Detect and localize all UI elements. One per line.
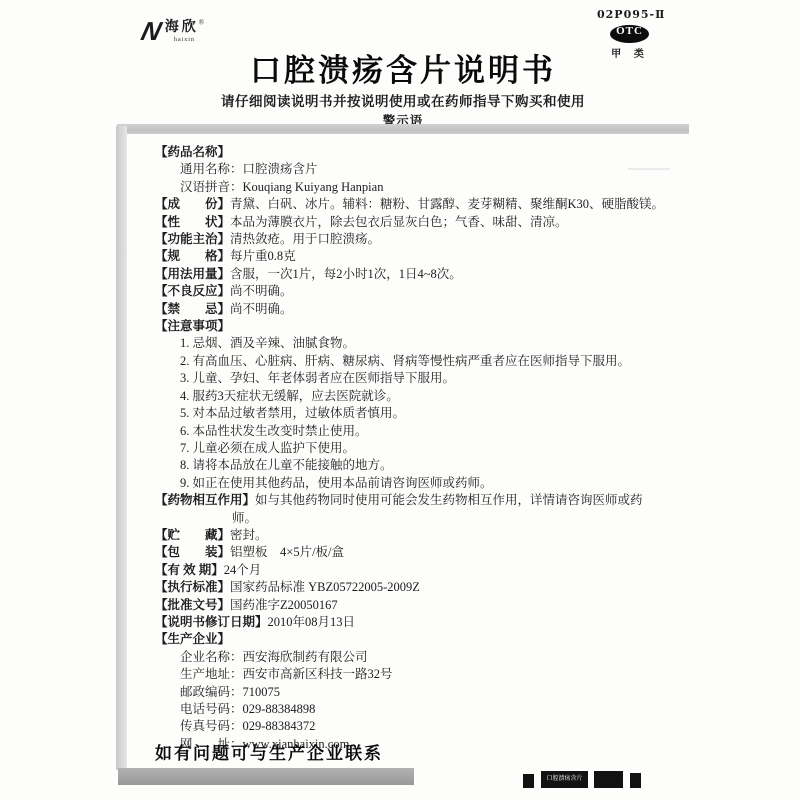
leaflet-entry: 【说明书修订日期】2010年08月13日 (155, 614, 667, 631)
leaflet-entry: 【注意事项】 (155, 318, 667, 335)
brand-latin-name: haixin (174, 37, 195, 43)
leaflet-entry: 9. 如正在使用其他药品，使用本品前请咨询医师或药师。 (155, 475, 667, 492)
leaflet-entry: 7. 儿童必须在成人监护下使用。 (155, 440, 667, 457)
leaflet-page: 02P095-Ⅱ N 海欣® haixin OTC 甲 类 口腔溃疡含片说明书 … (0, 0, 800, 800)
leaflet-entry: 电话号码：029-88384898 (155, 701, 667, 718)
leaflet-entry: 【成 份】青黛、白矾、冰片。辅料：糖粉、甘露醇、麦芽糊精、聚维酮K30、硬脂酸镁… (155, 196, 667, 213)
brand-wordmark: 海欣® haixin (165, 19, 204, 43)
leaflet-entry: 【用法用量】含服，一次1片，每2小时1次，1日4~8次。 (155, 266, 667, 283)
leaflet-entry: 【批准文号】国药准字Z20050167 (155, 597, 667, 614)
entry-label: 【批准文号】 (155, 598, 230, 612)
leaflet-entry: 通用名称：口腔溃疡含片 (155, 161, 667, 178)
entry-label: 【功能主治】 (155, 232, 230, 246)
entry-label: 【不良反应】 (155, 284, 230, 298)
entry-label: 【规 格】 (155, 249, 230, 263)
scan-band-bottom (118, 768, 414, 785)
leaflet-entry: 【禁 忌】尚不明确。 (155, 301, 667, 318)
leaflet-entry: 8. 请将本品放在儿童不能接触的地方。 (155, 457, 667, 474)
leaflet-entry: 企业名称：西安海欣制药有限公司 (155, 649, 667, 666)
registration-mark-product-label: 口腔溃疡含片 (541, 771, 588, 788)
leaflet-entry: 【贮 藏】密封。 (155, 527, 667, 544)
otc-badge: OTC (610, 25, 649, 43)
leaflet-entry: 【有 效 期】24个月 (155, 562, 667, 579)
leaflet-body: 【药品名称】通用名称：口腔溃疡含片汉语拼音：Kouqiang Kuiyang H… (155, 144, 667, 753)
leaflet-entry: 6. 本品性状发生改变时禁止使用。 (155, 423, 667, 440)
leaflet-entry: 5. 对本品过敏者禁用，过敏体质者慎用。 (155, 405, 667, 422)
scan-divider-band (117, 124, 689, 134)
contact-notice: 如有问题可与生产企业联系 (155, 739, 383, 764)
leaflet-entry: 【药品名称】 (155, 144, 667, 161)
registration-mark-square-2 (630, 773, 641, 788)
entry-label: 【说明书修订日期】 (155, 615, 268, 629)
leaflet-entry: 【性 状】本品为薄膜衣片，除去包衣后显灰白色；气香、味甜、清凉。 (155, 214, 667, 231)
entry-label: 【注意事项】 (155, 319, 230, 333)
entry-label: 【生产企业】 (155, 632, 230, 646)
leaflet-entry: 【药物相互作用】如与其他药物同时使用可能会发生药物相互作用，详情请咨询医师或药师… (155, 492, 667, 527)
print-code: 02P095-Ⅱ (597, 8, 665, 21)
leaflet-entry: 2. 有高血压、心脏病、肝病、糖尿病、肾病等慢性病严重者应在医师指导下服用。 (155, 353, 667, 370)
leaflet-entry: 4. 服药3天症状无缓解，应去医院就诊。 (155, 388, 667, 405)
leaflet-entry: 【功能主治】清热敛疮。用于口腔溃疡。 (155, 231, 667, 248)
read-instructions-notice: 请仔细阅读说明书并按说明使用或在药师指导下购买和使用 (0, 90, 800, 110)
entry-label: 【有 效 期】 (155, 563, 224, 577)
leaflet-entry: 【执行标准】国家药品标准 YBZ05722005-2009Z (155, 579, 667, 596)
brand-logo-icon: N (139, 19, 164, 43)
entry-label: 【禁 忌】 (155, 302, 230, 316)
entry-label: 【包 装】 (155, 545, 230, 559)
entry-label: 【贮 藏】 (155, 528, 230, 542)
entry-label: 【性 状】 (155, 215, 230, 229)
brand-logo: N 海欣® haixin (142, 19, 204, 43)
brand-name-line: 海欣® (165, 19, 204, 35)
leaflet-entry: 生产地址：西安市高新区科技一路32号 (155, 666, 667, 683)
entry-label: 【药品名称】 (155, 145, 230, 159)
leaflet-entry: 【包 装】铝塑板 4×5片/板/盒 (155, 544, 667, 561)
brand-name: 海欣 (165, 18, 199, 34)
entry-label: 【药物相互作用】 (155, 493, 255, 507)
registered-mark-icon: ® (199, 19, 204, 27)
registration-mark-bar (594, 771, 623, 788)
leaflet-entry: 邮政编码：710075 (155, 684, 667, 701)
scan-shadow-left (116, 126, 127, 770)
registration-mark-square-1 (523, 774, 534, 788)
leaflet-entry: 【生产企业】 (155, 631, 667, 648)
entry-label: 【用法用量】 (155, 267, 230, 281)
leaflet-entry: 3. 儿童、孕妇、年老体弱者应在医师指导下服用。 (155, 370, 667, 387)
entry-label: 【成 份】 (155, 197, 230, 211)
entry-label: 【执行标准】 (155, 580, 230, 594)
leaflet-entry: 汉语拼音：Kouqiang Kuiyang Hanpian (155, 179, 667, 196)
leaflet-entry: 【不良反应】尚不明确。 (155, 283, 667, 300)
page-title: 口腔溃疡含片说明书 (0, 45, 800, 90)
leaflet-entry: 【规 格】每片重0.8克 (155, 248, 667, 265)
leaflet-entry: 传真号码：029-88384372 (155, 718, 667, 735)
leaflet-entry: 1. 忌烟、酒及辛辣、油腻食物。 (155, 335, 667, 352)
